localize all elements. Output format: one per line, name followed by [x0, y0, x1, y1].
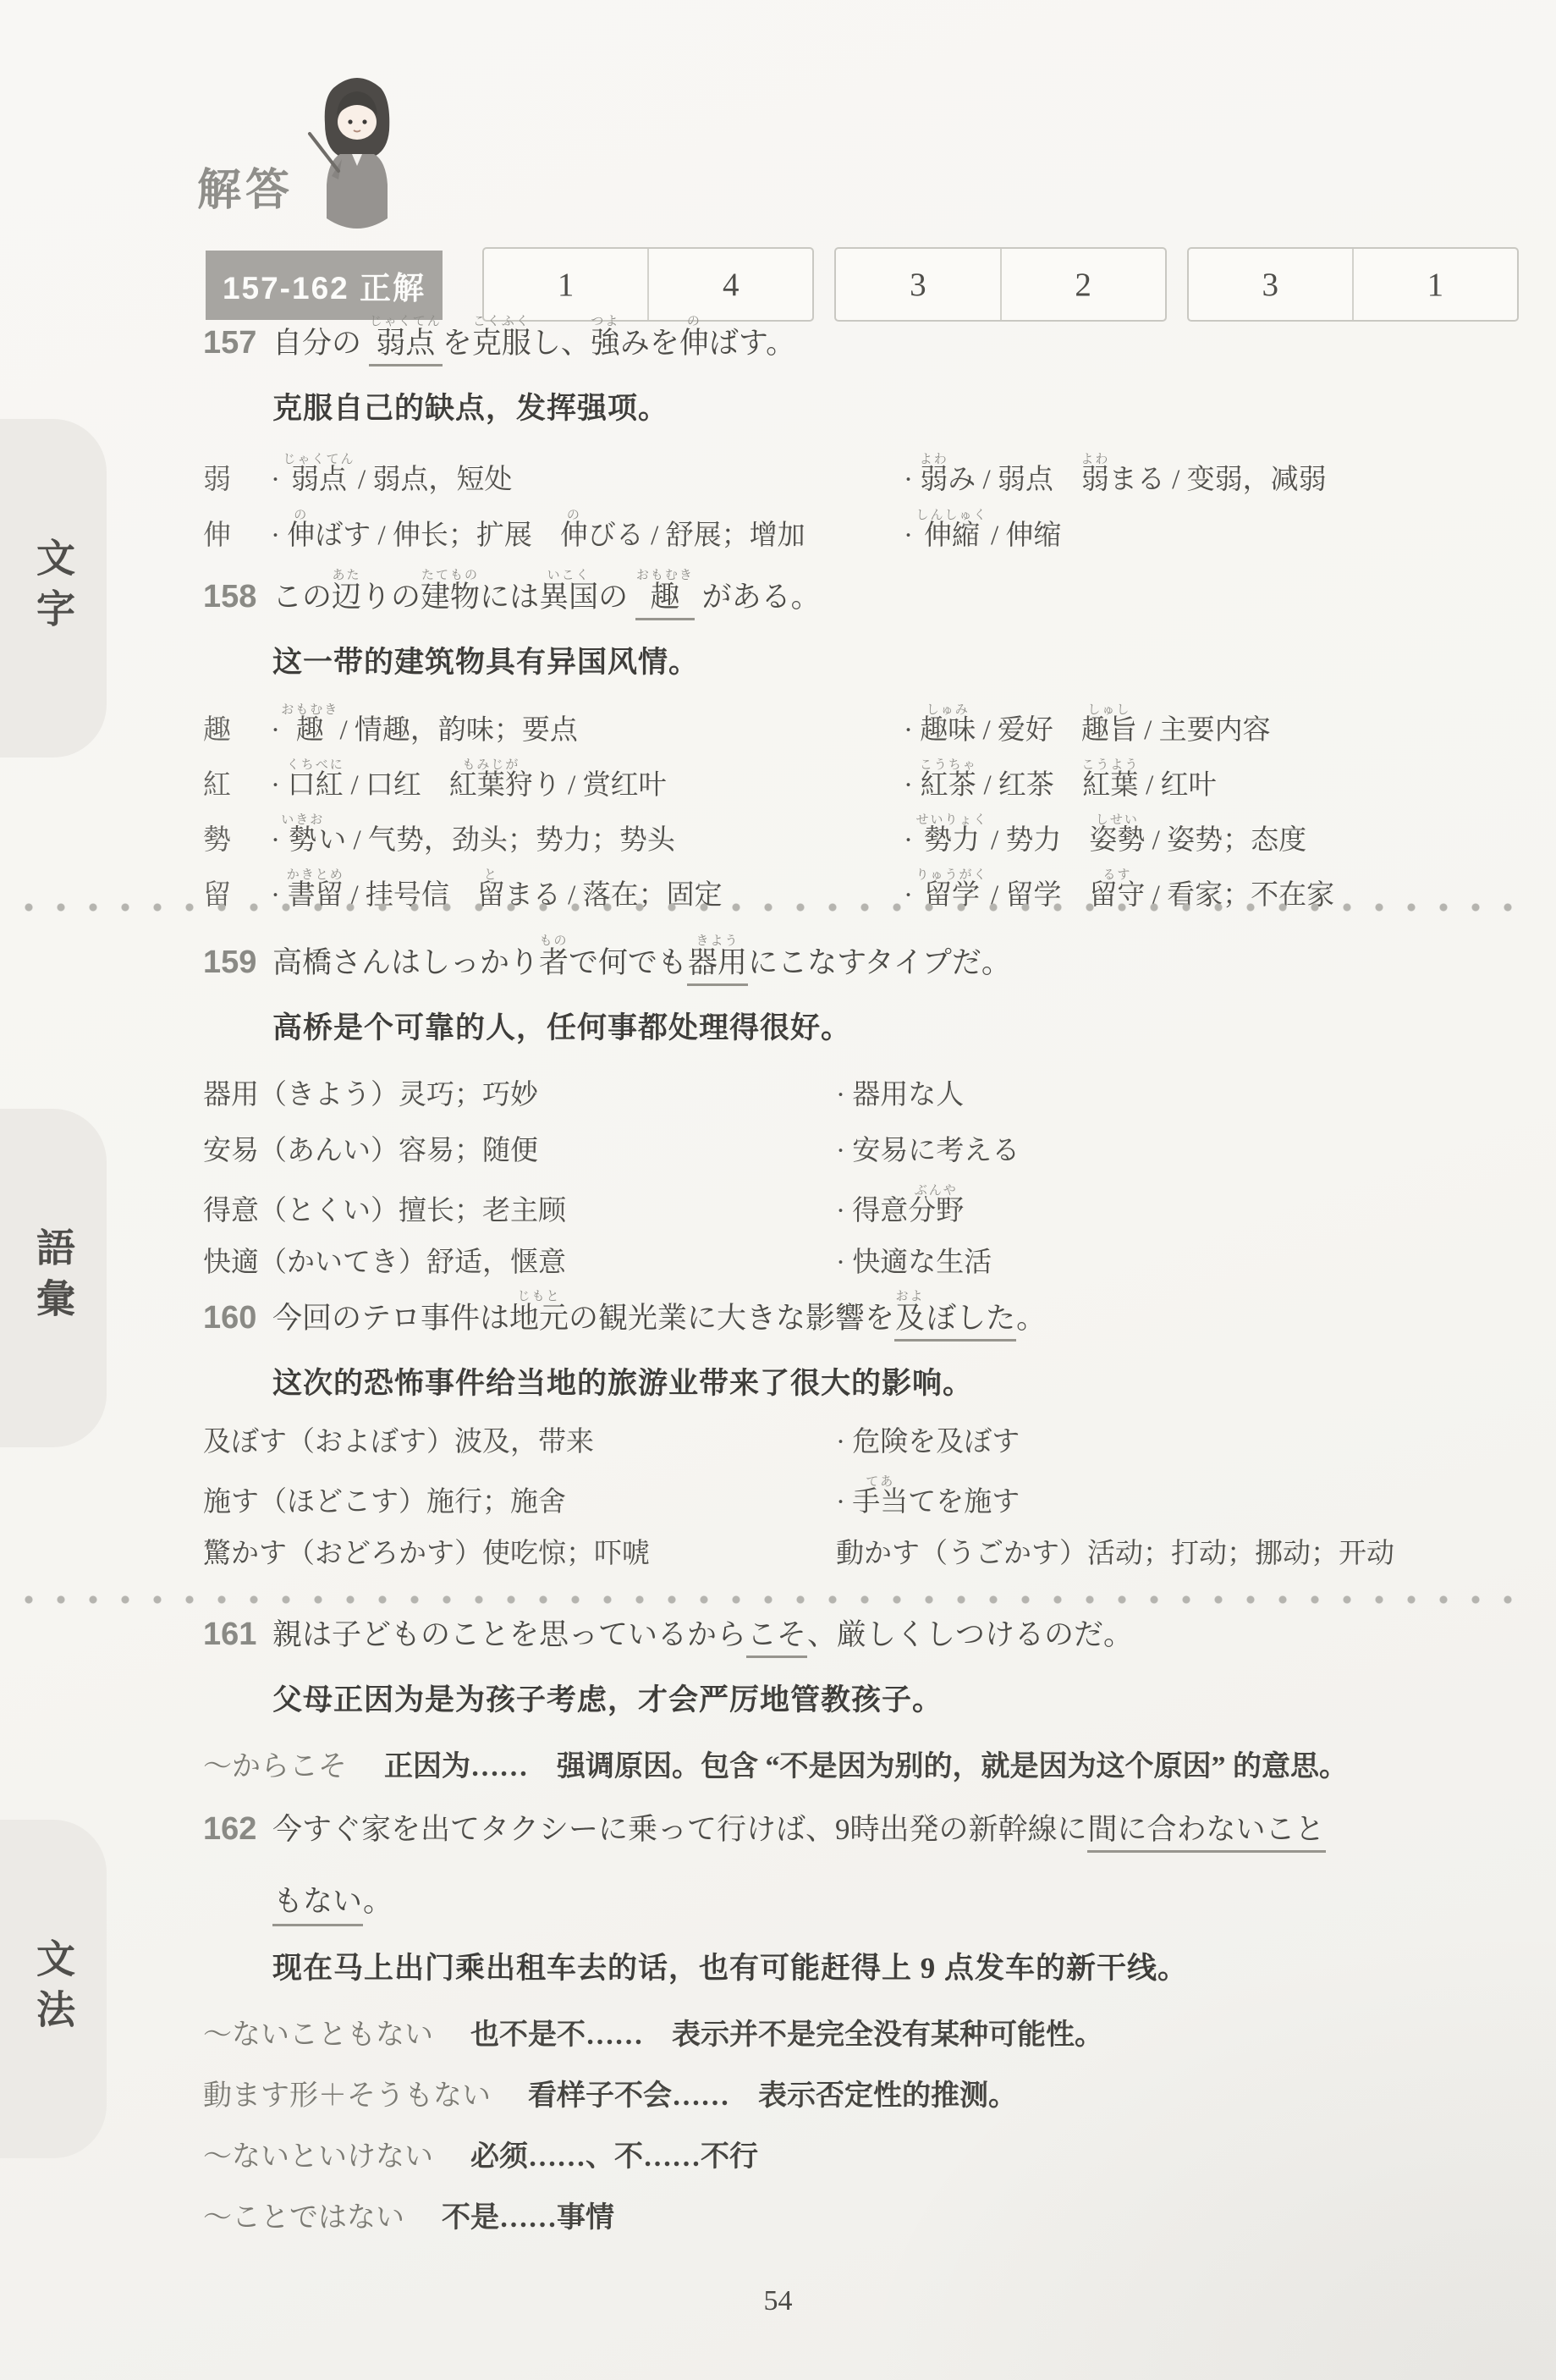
- vocab-left: · 弱点じゃくてん / 弱点，短处: [271, 453, 904, 497]
- question-number: 161: [203, 1617, 272, 1653]
- vocab-left: · 伸のばす / 伸长；扩展 伸のびる / 舒展；增加: [271, 509, 904, 553]
- grammar-pattern: ～ことではない: [203, 2194, 404, 2235]
- vocab-kanji: 伸: [203, 513, 271, 553]
- answer-value: 3: [1189, 249, 1352, 320]
- vocab-right: · 勢力せいりょく / 势力 姿勢しせい / 姿势；态度: [904, 813, 1523, 857]
- vocab-row: 紅 · 口紅くちべに / 口红 紅葉狩もみじがり / 赏红叶 · 紅茶こうちゃ …: [203, 758, 1523, 813]
- vocab-right: · 快適な生活: [836, 1240, 1523, 1280]
- grammar-meaning: 不是……事情: [442, 2194, 614, 2235]
- vocab-row: 及ぼす（およぼす）波及，带来 · 危険を及ぼす: [203, 1419, 1523, 1475]
- grammar-meaning: 必须……、不……不行: [470, 2133, 758, 2174]
- grammar-rule: ～ないといけない 必须……、不……不行: [203, 2133, 1523, 2180]
- vocab-left: 快適（かいてき）舒适，惬意: [203, 1240, 836, 1280]
- grammar-pattern: ～ないといけない: [203, 2133, 433, 2174]
- vocab-left: 及ぼす（およぼす）波及，带来: [203, 1419, 836, 1459]
- question-160: 160 今回のテロ事件は地元じもとの観光業に大きな影響を及およぼした。 这次的恐…: [203, 1290, 1523, 1587]
- vocab-right: · 趣味しゅみ / 爱好 趣旨しゅし / 主要内容: [904, 703, 1523, 747]
- vocab-left: · 趣おもむき / 情趣，韵味；要点: [271, 703, 904, 747]
- textbook-page: 文字 語彙 文法 解答 157-162 正解 1 4 3 2: [0, 0, 1556, 2380]
- answer-box: 3 2: [834, 247, 1166, 322]
- grammar-meaning: 也不是不…… 表示并不是完全没有某种可能性。: [470, 2011, 1103, 2052]
- question-translation-cn: 这次的恐怖事件给当地的旅游业带来了很大的影响。: [272, 1360, 1523, 1402]
- vocab-left: 得意（とくい）擅长；老主顾: [203, 1188, 836, 1228]
- vocab-row: 伸 · 伸のばす / 伸长；扩展 伸のびる / 舒展；增加 · 伸縮しんしゅく …: [203, 509, 1523, 565]
- vocab-row: 快適（かいてき）舒适，惬意 · 快適な生活: [203, 1240, 1523, 1296]
- grammar-pattern: ～からこそ: [203, 1743, 347, 1784]
- dotted-divider: [24, 902, 1533, 912]
- question-translation-cn: 高桥是个可靠的人，任何事都处理得很好。: [272, 1005, 1523, 1047]
- question-161: 161 親は子どものことを思っているからこそ、厳しくしつけるのだ。 父母正因为是…: [203, 1617, 1523, 1790]
- vocab-right: · 危険を及ぼす: [836, 1419, 1523, 1459]
- question-number: 162: [203, 1811, 272, 1848]
- question-translation-cn: 克服自己的缺点，发挥强项。: [272, 385, 1523, 427]
- answer-value: 4: [647, 249, 812, 320]
- answer-value: 1: [484, 249, 647, 320]
- question-159: 159 高橋さんはしっかり者もので何でも器用きようにこなすタイプだ。 高桥是个可…: [203, 934, 1523, 1296]
- vocab-row: 安易（あんい）容易；随便 · 安易に考える: [203, 1128, 1523, 1184]
- vocab-left: 施す（ほどこす）施行；施舍: [203, 1479, 836, 1519]
- page-title: 解答: [197, 154, 294, 218]
- vocab-row: 得意（とくい）擅长；老主顾 · 得意分野ぶんや: [203, 1184, 1523, 1240]
- question-number: 158: [203, 579, 272, 615]
- vocab-rows: 趣 · 趣おもむき / 情趣，韵味；要点 · 趣味しゅみ / 爱好 趣旨しゅし …: [203, 703, 1523, 923]
- question-sentence-jp: 高橋さんはしっかり者もので何でも器用きようにこなすタイプだ。: [272, 934, 1011, 986]
- vocab-right: · 器用な人: [836, 1072, 1523, 1112]
- question-sentence-jp: 自分の 弱点じゃくてんを克服こくふくし、強つよみを伸のばす。: [272, 315, 795, 366]
- grammar-meaning: 看样子不会…… 表示否定性的推测。: [528, 2072, 1017, 2113]
- tab-moji: 文字: [0, 419, 107, 758]
- grammar-rule: ～からこそ 正因为…… 强调原因。包含 “不是因为别的，就是因为这个原因” 的意…: [203, 1743, 1523, 1790]
- vocab-rows: 弱 · 弱点じゃくてん / 弱点，短处 · 弱よわみ / 弱点 弱よわまる / …: [203, 453, 1523, 565]
- vocab-right: · 安易に考える: [836, 1128, 1523, 1168]
- tab-goi-label: 語彙: [25, 1227, 81, 1329]
- vocab-kanji: 趣: [203, 708, 271, 747]
- tab-bunpou-label: 文法: [25, 1938, 81, 2040]
- answer-value: 1: [1352, 249, 1517, 320]
- vocab-left: 驚かす（おどろかす）使吃惊；吓唬: [203, 1531, 836, 1571]
- vocab-right: · 弱よわみ / 弱点 弱よわまる / 变弱，减弱: [904, 453, 1523, 497]
- answer-groups: 1 4 3 2 3 1: [482, 247, 1519, 322]
- vocab-row: 驚かす（おどろかす）使吃惊；吓唬 動かす（うごかす）活动；打动；挪动；开动: [203, 1531, 1523, 1587]
- vocab-left: 器用（きよう）灵巧；巧妙: [203, 1072, 836, 1112]
- vocab-rows: 器用（きよう）灵巧；巧妙 · 器用な人 安易（あんい）容易；随便 · 安易に考え…: [203, 1072, 1523, 1296]
- answer-value: 3: [836, 249, 999, 320]
- question-sentence-jp: 今すぐ家を出てタクシーに乗って行けば、9時出発の新幹線に間に合わないこと: [272, 1813, 1326, 1853]
- vocab-right: · 手当てあてを施す: [836, 1475, 1523, 1519]
- question-sentence-jp-line2: もない。: [272, 1878, 1523, 1926]
- vocab-row: 施す（ほどこす）施行；施舍 · 手当てあてを施す: [203, 1475, 1523, 1531]
- question-sentence-jp: この辺あたりの建物たてものには異国いこくの 趣おもむき がある。: [272, 569, 821, 620]
- grammar-rule: ～ないこともない 也不是不…… 表示并不是完全没有某种可能性。: [203, 2011, 1523, 2058]
- grammar-pattern: 動ます形＋そうもない: [203, 2072, 491, 2113]
- question-number: 157: [203, 325, 272, 361]
- tab-moji-label: 文字: [25, 537, 81, 639]
- vocab-left: · 勢いきおい / 气势，劲头；势力；势头: [271, 813, 904, 857]
- question-number: 160: [203, 1300, 272, 1336]
- answer-value: 2: [1000, 249, 1165, 320]
- question-sentence-jp: 親は子どものことを思っているからこそ、厳しくしつけるのだ。: [272, 1618, 1133, 1658]
- question-158: 158 この辺あたりの建物たてものには異国いこくの 趣おもむき がある。 这一带…: [203, 569, 1523, 923]
- answer-box: 3 1: [1187, 247, 1519, 322]
- page-number: 54: [0, 2285, 1556, 2317]
- answer-box: 1 4: [482, 247, 814, 322]
- vocab-rows: 及ぼす（およぼす）波及，带来 · 危険を及ぼす 施す（ほどこす）施行；施舍 · …: [203, 1419, 1523, 1587]
- vocab-kanji: 紅: [203, 763, 271, 802]
- vocab-right: · 得意分野ぶんや: [836, 1184, 1523, 1228]
- teacher-girl-illustration: [306, 71, 408, 232]
- vocab-right: · 紅茶こうちゃ / 红茶 紅葉こうよう / 红叶: [904, 758, 1523, 802]
- tab-goi: 語彙: [0, 1109, 107, 1447]
- question-translation-cn: 父母正因为是为孩子考虑，才会严厉地管教孩子。: [272, 1677, 1523, 1719]
- grammar-meaning: 正因为…… 强调原因。包含 “不是因为别的，就是因为这个原因” 的意思。: [384, 1743, 1348, 1784]
- question-157: 157 自分の 弱点じゃくてんを克服こくふくし、強つよみを伸のばす。 克服自己的…: [203, 315, 1523, 565]
- question-sentence-jp: 今回のテロ事件は地元じもとの観光業に大きな影響を及およぼした。: [272, 1290, 1046, 1342]
- question-translation-cn: 现在马上出门乘出租车去的话，也有可能赶得上 9 点发车的新干线。: [272, 1945, 1523, 1987]
- answer-range-label: 157-162 正解: [206, 251, 443, 320]
- vocab-right: · 伸縮しんしゅく / 伸缩: [904, 509, 1523, 553]
- vocab-row: 趣 · 趣おもむき / 情趣，韵味；要点 · 趣味しゅみ / 爱好 趣旨しゅし …: [203, 703, 1523, 758]
- question-162: 162 今すぐ家を出てタクシーに乗って行けば、9時出発の新幹線に間に合わないこと…: [203, 1811, 1523, 2241]
- grammar-rules: ～からこそ 正因为…… 强调原因。包含 “不是因为别的，就是因为这个原因” 的意…: [203, 1743, 1523, 1790]
- vocab-right: 動かす（うごかす）活动；打动；挪动；开动: [836, 1531, 1523, 1571]
- vocab-kanji: 勢: [203, 818, 271, 857]
- vocab-row: 留 · 書留かきとめ / 挂号信 留とまる / 落在；固定 · 留学りゅうがく …: [203, 868, 1523, 923]
- vocab-row: 弱 · 弱点じゃくてん / 弱点，短处 · 弱よわみ / 弱点 弱よわまる / …: [203, 453, 1523, 509]
- vocab-row: 器用（きよう）灵巧；巧妙 · 器用な人: [203, 1072, 1523, 1128]
- dotted-divider: [24, 1595, 1533, 1605]
- grammar-rules: ～ないこともない 也不是不…… 表示并不是完全没有某种可能性。 動ます形＋そうも…: [203, 2011, 1523, 2241]
- grammar-pattern: ～ないこともない: [203, 2011, 433, 2052]
- tab-bunpou: 文法: [0, 1820, 107, 2158]
- grammar-rule: 動ます形＋そうもない 看样子不会…… 表示否定性的推测。: [203, 2072, 1523, 2119]
- question-number: 159: [203, 945, 272, 981]
- vocab-kanji: 弱: [203, 457, 271, 497]
- vocab-left: 安易（あんい）容易；随便: [203, 1128, 836, 1168]
- vocab-row: 勢 · 勢いきおい / 气势，劲头；势力；势头 · 勢力せいりょく / 势力 姿…: [203, 813, 1523, 868]
- question-translation-cn: 这一带的建筑物具有异国风情。: [272, 639, 1523, 681]
- grammar-rule: ～ことではない 不是……事情: [203, 2194, 1523, 2241]
- vocab-left: · 口紅くちべに / 口红 紅葉狩もみじがり / 赏红叶: [271, 758, 904, 802]
